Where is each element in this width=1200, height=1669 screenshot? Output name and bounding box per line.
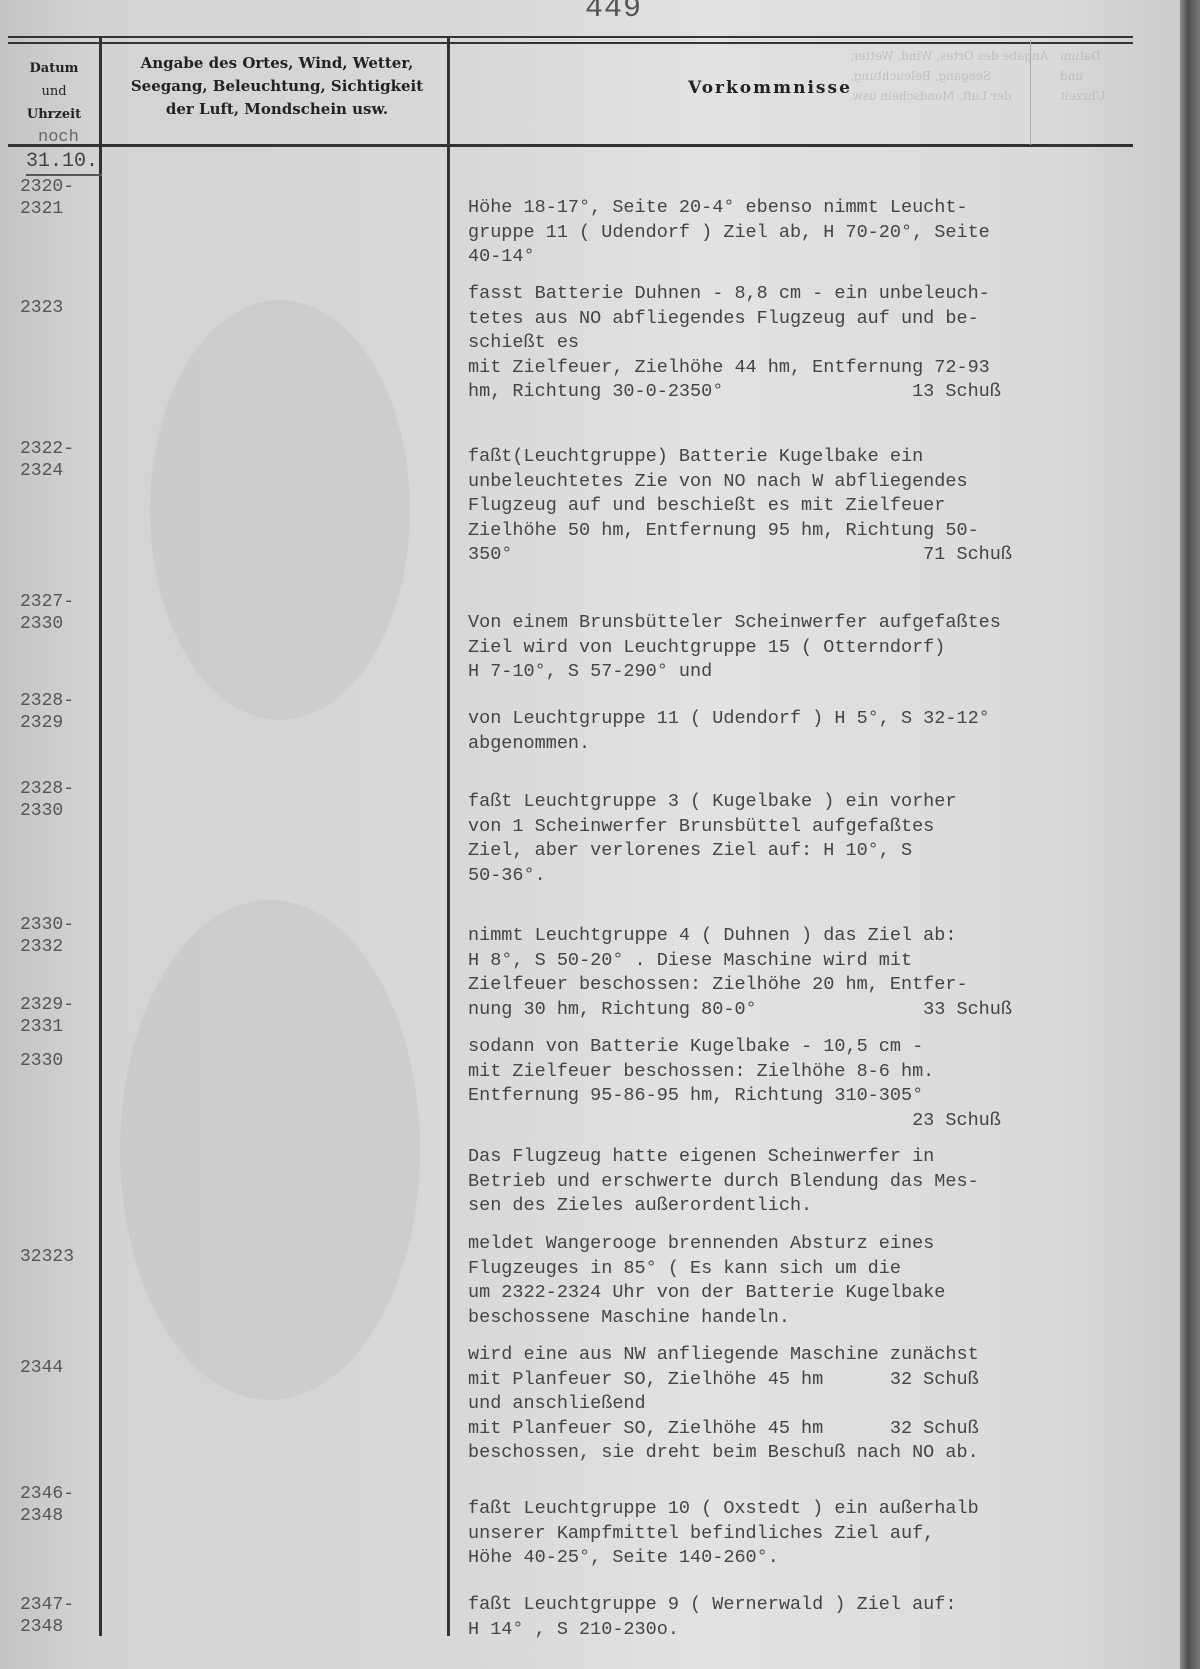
header-datum-line: Uhrzeit: [10, 103, 98, 126]
entry-time: 2327- 2330: [20, 591, 100, 635]
ghost-line: Uhrzeit: [1060, 86, 1110, 106]
entry-time: 2344: [20, 1357, 100, 1379]
entry-text: meldet Wangerooge brennenden Absturz ein…: [468, 1232, 1168, 1330]
entry-time: 2347- 2348: [20, 1594, 100, 1638]
ghost-line: Datum: [1060, 46, 1110, 66]
paper-stain: [120, 900, 420, 1400]
entry-text: faßt Leuchtgruppe 3 ( Kugelbake ) ein vo…: [468, 790, 1168, 888]
column-divider-angabe: [447, 38, 450, 1636]
entry-text: Das Flugzeug hatte eigenen Scheinwerfer …: [468, 1145, 1168, 1219]
entry-text: faßt(Leuchtgruppe) Batterie Kugelbake ei…: [468, 445, 1168, 568]
entry-time: 2320- 2321: [20, 176, 100, 220]
header-top-rule: [8, 36, 1133, 44]
entry-time: 2322- 2324: [20, 438, 100, 482]
header-angabe-line: der Luft, Mondschein usw.: [110, 98, 444, 121]
entry-text: sodann von Batterie Kugelbake - 10,5 cm …: [468, 1035, 1168, 1133]
entry-text: nimmt Leuchtgruppe 4 ( Duhnen ) das Ziel…: [468, 924, 1168, 973]
ghost-line: Angabe des Ortes, Wind, Wetter,: [850, 46, 1050, 66]
header-angabe: Angabe des Ortes, Wind, Wetter, Seegang,…: [110, 52, 444, 121]
entry-time: 2329- 2331: [20, 994, 100, 1038]
ghost-line: und: [1060, 66, 1110, 86]
entry-text: faßt Leuchtgruppe 9 ( Wernerwald ) Ziel …: [468, 1593, 1168, 1642]
page-edge-shadow: [1180, 0, 1200, 1669]
entry-text: Höhe 18-17°, Seite 20-4° ebenso nimmt Le…: [468, 196, 1168, 270]
entry-time: 2346- 2348: [20, 1483, 100, 1527]
show-through-header-angabe: Angabe des Ortes, Wind, Wetter, Seegang,…: [850, 46, 1050, 106]
column-divider-datum: [99, 38, 102, 1636]
header-datum-line: Datum: [10, 57, 98, 80]
paper-stain: [150, 300, 410, 720]
logbook-page: 449 Datum und Uhrzeit Angabe des Ortes, …: [0, 0, 1180, 1669]
entry-text: von Leuchtgruppe 11 ( Udendorf ) H 5°, S…: [468, 707, 1168, 756]
entry-time: 2323: [20, 297, 100, 319]
show-through-header-datum: Datum und Uhrzeit: [1060, 46, 1110, 106]
entry-time: 2328- 2330: [20, 778, 100, 822]
header-datum-line: und: [10, 80, 98, 103]
entry-time: 2328- 2329: [20, 690, 100, 734]
entry-date: 31.10.: [26, 150, 102, 176]
entry-text: Zielfeuer beschossen: Zielhöhe 20 hm, En…: [468, 973, 1168, 1022]
entry-text: faßt Leuchtgruppe 10 ( Oxstedt ) ein auß…: [468, 1497, 1168, 1571]
show-through-rule: [1030, 40, 1031, 145]
header-datum: Datum und Uhrzeit: [10, 57, 98, 126]
entry-text: fasst Batterie Duhnen - 8,8 cm - ein unb…: [468, 282, 1168, 405]
header-angabe-line: Seegang, Beleuchtung, Sichtigkeit: [110, 75, 444, 98]
entry-text: wird eine aus NW anfliegende Maschine zu…: [468, 1343, 1168, 1466]
header-bottom-rule: [8, 144, 1133, 147]
header-angabe-line: Angabe des Ortes, Wind, Wetter,: [110, 52, 444, 75]
entry-time: 2330: [20, 1050, 100, 1072]
ghost-line: Seegang, Beleuchtung,: [850, 66, 1050, 86]
ghost-line: der Luft, Mondschein usw.: [850, 86, 1050, 106]
continuation-note: noch: [38, 128, 79, 147]
entry-text: Von einem Brunsbütteler Scheinwerfer auf…: [468, 611, 1168, 685]
page-number: 449: [585, 0, 642, 26]
entry-time: 32323: [20, 1246, 100, 1268]
entry-time: 2330- 2332: [20, 914, 100, 958]
